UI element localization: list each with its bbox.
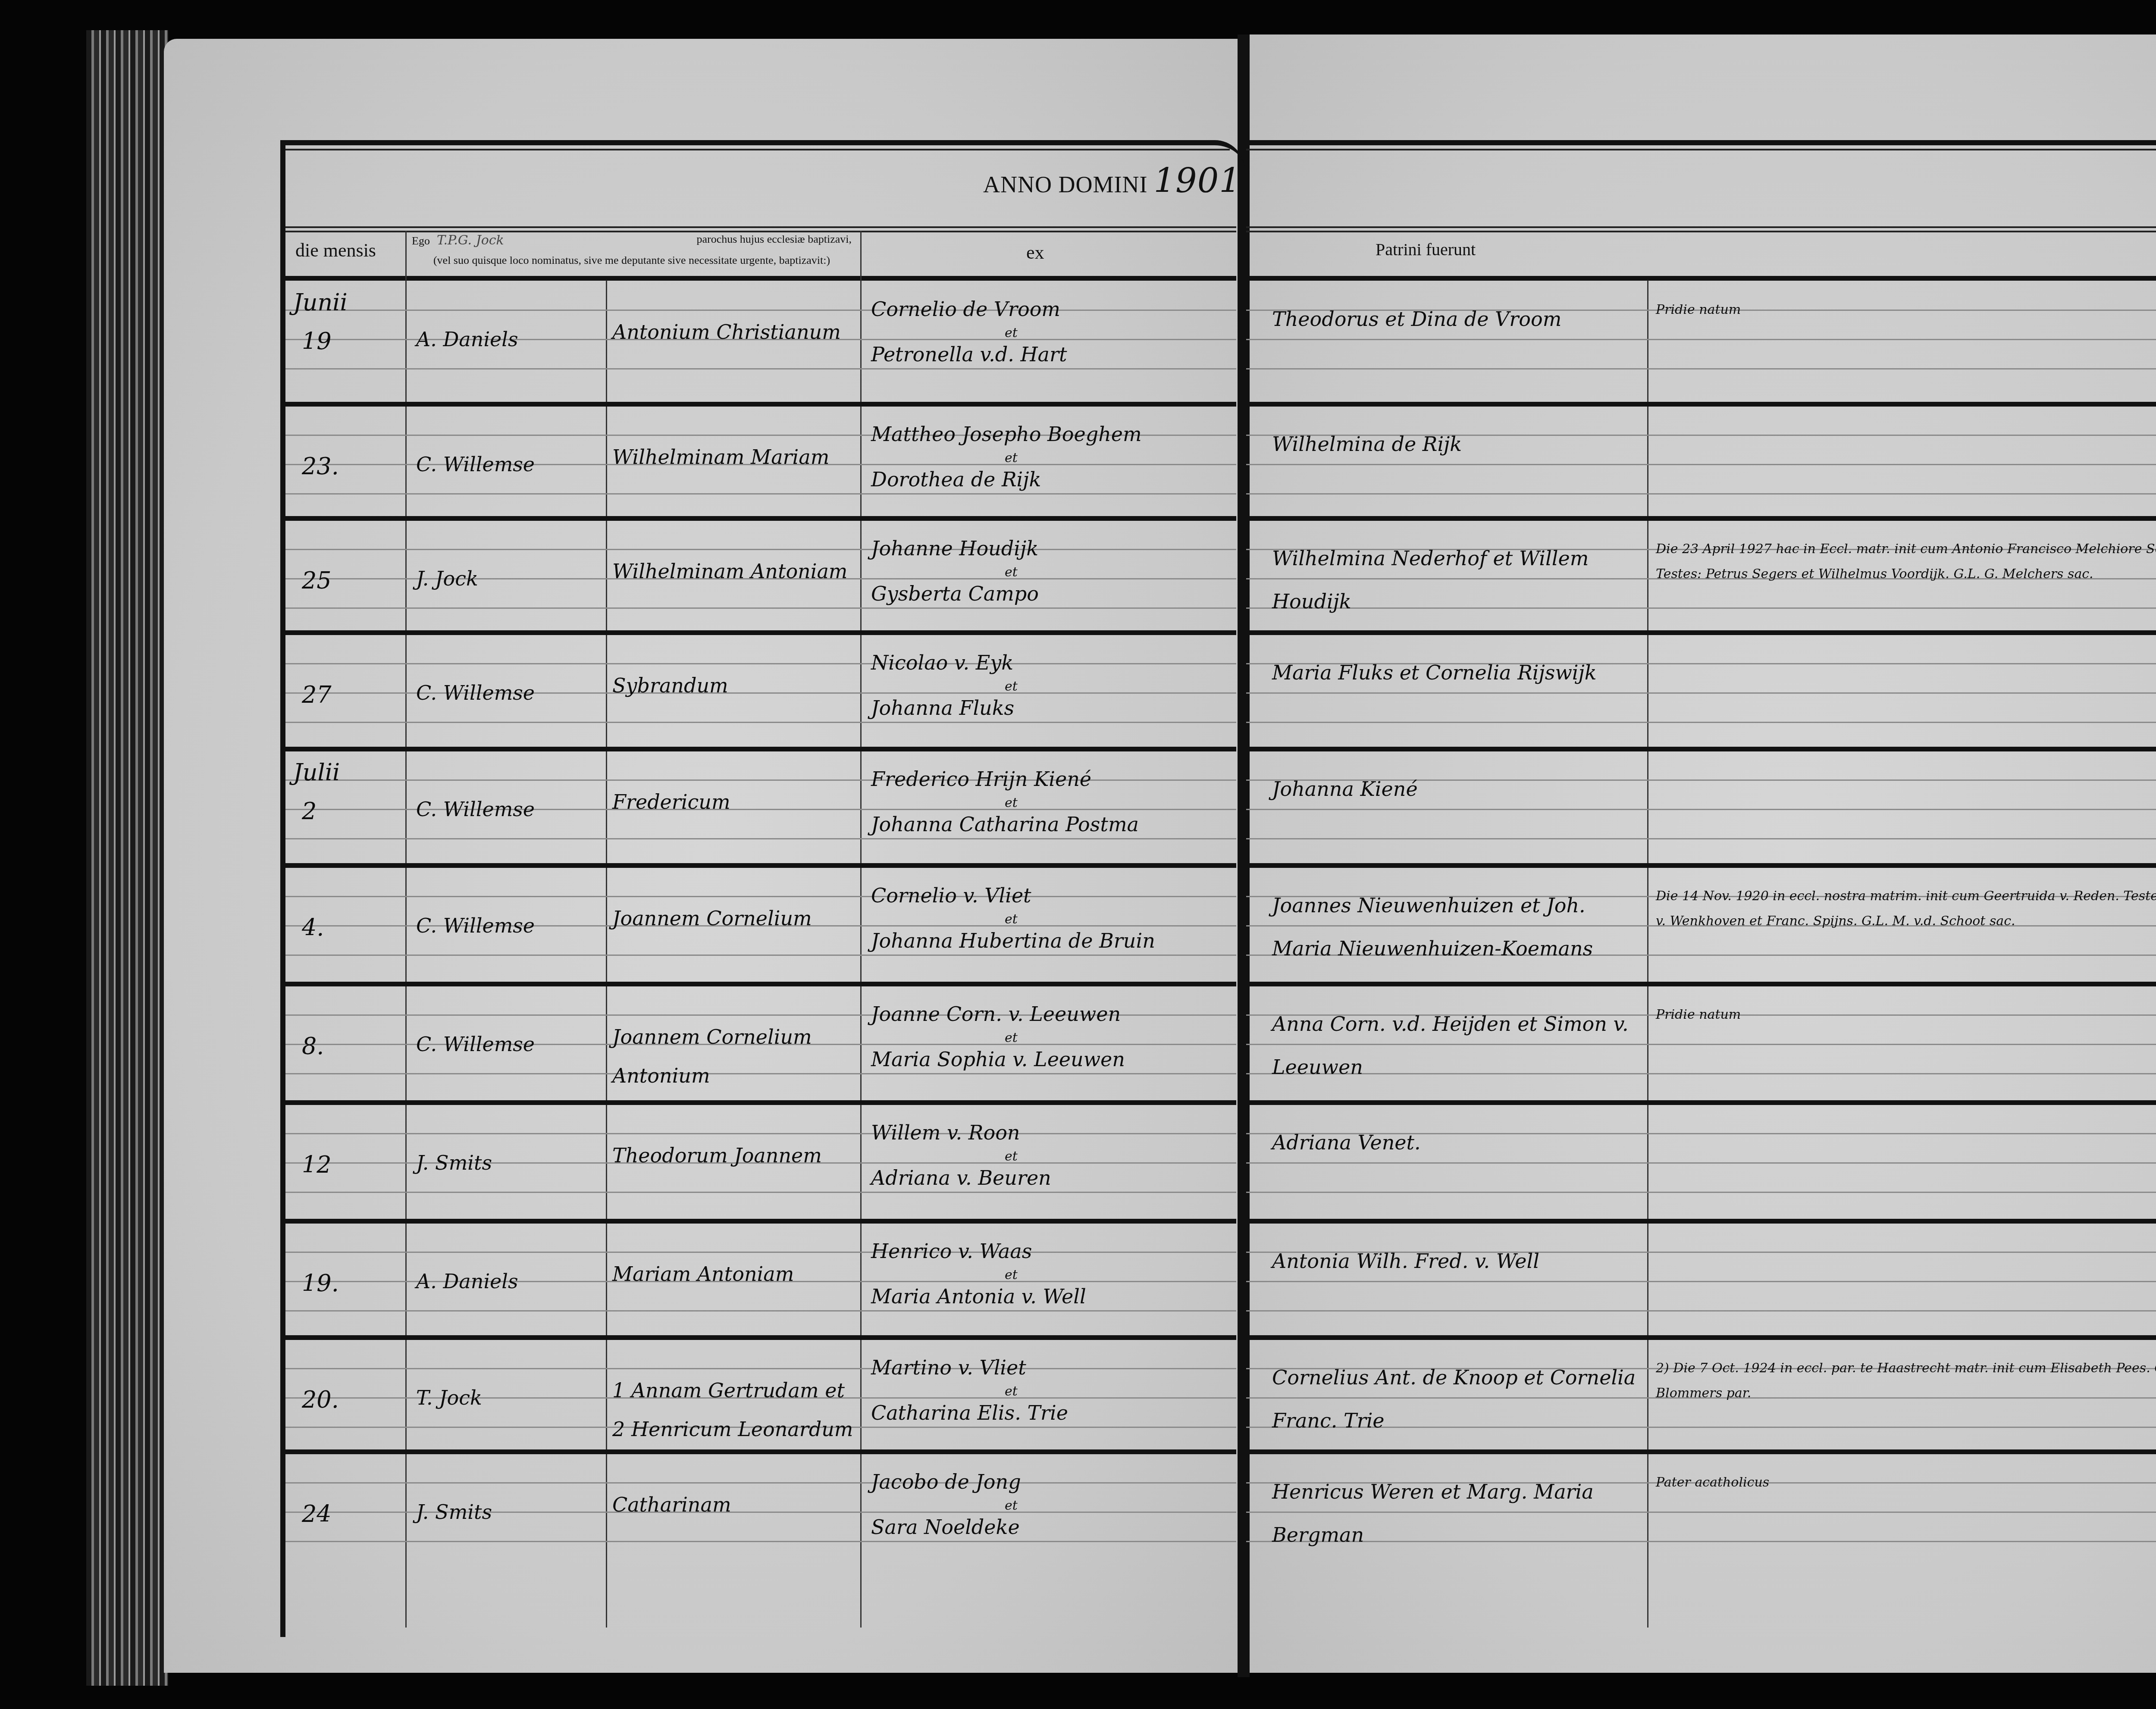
entry-baptizer: C. Willemse [416,681,535,704]
entry-day: 2 [302,798,317,825]
column-header-patrini: Patrini fuerunt [1376,239,1476,260]
ruled-line [1246,1310,2156,1311]
entry-et: et [1005,795,1018,811]
entry-day: 4. [302,914,324,941]
ruled-line [1246,722,2156,723]
entry-remarks: 2) Die 7 Oct. 1924 in eccl. par. te Haas… [1656,1356,2156,1406]
entry-day: 23. [302,453,339,480]
ego-name-handwritten: T.P.G. Jock [437,233,504,248]
entry-godparents: Adriana Venet. [1272,1121,1643,1164]
ruled-line [1246,1192,2156,1193]
entry-separator [285,1449,1236,1454]
entry-et: et [1005,1030,1018,1045]
entry-father: Joanne Corn. v. Leeuwen [871,1002,1121,1026]
entry-day: 12 [302,1151,332,1178]
ruled-line [285,549,1236,550]
entry-child-name: Catharinam [612,1485,858,1524]
entry-separator [285,1100,1236,1105]
entry-godparents: Henricus Weren et Marg. Maria Bergman [1272,1470,1643,1556]
entry-godparents: Cornelius Ant. de Knoop et Cornelia Fran… [1272,1356,1643,1442]
entry-mother: Dorothea de Rijk [871,468,1041,491]
ruled-line [285,722,1236,723]
ruled-line [285,1192,1236,1193]
ruled-line [285,1252,1236,1253]
year-handwritten: 1901 [1153,162,1241,200]
entry-et: et [1005,679,1018,694]
ruled-line [285,1133,1236,1134]
entry-separator [1246,516,2156,521]
entry-godparents: Maria Fluks et Cornelia Rijswijk [1272,651,1643,694]
entry-father: Henrico v. Waas [871,1239,1032,1263]
entry-child-name: Wilhelminam Mariam [612,438,858,476]
entry-child-name: Sybrandum [612,666,858,705]
entry-remarks: Die 23 April 1927 hac in Eccl. matr. ini… [1656,537,2156,587]
column-divider [606,280,607,1628]
column-divider [1647,280,1648,1628]
header-divider [285,226,1236,228]
ruled-line [285,779,1236,781]
entry-baptizer: C. Willemse [416,1033,535,1056]
entry-separator [1246,982,2156,986]
entry-mother: Adriana v. Beuren [871,1166,1051,1189]
entry-separator [1246,402,2156,407]
column-header-ex: ex [1026,241,1044,263]
ruled-line [285,310,1236,311]
ruled-line [285,955,1236,956]
entry-child-name: Wilhelminam Antoniam [612,552,858,591]
ruled-line [1246,493,2156,495]
header-rule [285,149,1230,150]
entry-father: Cornelio de Vroom [871,297,1060,321]
entry-remarks: Pridie natum [1656,1002,2156,1027]
column-divider [860,231,862,1628]
entry-separator [285,1219,1236,1224]
ego-prefix: Ego [412,235,430,247]
entry-godparents: Anna Corn. v.d. Heijden et Simon v. Leeu… [1272,1002,1643,1089]
ruled-line [285,663,1236,664]
entry-separator [1246,747,2156,751]
entry-father: Johanne Houdijk [871,537,1038,560]
book-edge-left [86,30,168,1686]
entry-mother: Maria Antonia v. Well [871,1285,1086,1308]
entry-godparents: Joannes Nieuwenhuizen et Joh. Maria Nieu… [1272,884,1643,970]
entry-day: 20. [302,1386,339,1413]
ruled-line [285,1310,1236,1311]
entry-mother: Sara Noeldeke [871,1515,1020,1539]
entry-separator [285,982,1236,986]
entry-child-name: 1 Annam Gertrudam et 2 Henricum Leonardu… [612,1371,858,1449]
entry-mother: Petronella v.d. Hart [871,343,1067,366]
entry-et: et [1005,1149,1018,1164]
entry-separator [285,516,1236,521]
entry-godparents: Theodorus et Dina de Vroom [1272,297,1643,341]
entry-child-name: Joannem Cornelium [612,899,858,938]
entry-et: et [1005,1268,1018,1283]
ruled-line [285,368,1236,369]
entry-godparents: Antonia Wilh. Fred. v. Well [1272,1239,1643,1283]
entry-et: et [1005,451,1018,466]
ruled-line [1246,368,2156,369]
entry-separator [1246,1449,2156,1454]
entry-child-name: Theodorum Joannem [612,1136,858,1175]
entry-baptizer: J. Jock [416,567,478,590]
column-header-bottom [285,276,1236,281]
ruled-line [285,896,1236,897]
entry-mother: Gysberta Campo [871,582,1039,605]
ruled-line [285,1541,1236,1542]
ruled-line [1246,838,2156,839]
header-rule [1246,149,2156,150]
ruled-line [285,1368,1236,1369]
entry-separator [285,1335,1236,1340]
entry-child-name: Fredericum [612,783,858,821]
entry-remarks: Die 14 Nov. 1920 in eccl. nostra matrim.… [1656,884,2156,934]
entry-mother: Maria Sophia v. Leeuwen [871,1048,1125,1071]
entry-baptizer: T. Jock [416,1386,482,1409]
header-divider [1246,226,2156,228]
entry-et: et [1005,912,1018,927]
entry-child-name: Joannem Cornelium Antonium [612,1017,858,1095]
entry-day: 27 [302,681,332,708]
entry-godparents: Wilhelmina de Rijk [1272,423,1643,466]
entry-day: 19. [302,1270,339,1297]
column-header-bottom [1246,276,2156,281]
entry-mother: Catharina Elis. Trie [871,1401,1068,1424]
entry-baptizer: A. Daniels [416,328,518,351]
entry-separator [285,402,1236,407]
entry-day: 8. [302,1033,324,1060]
entry-month: Julii [293,759,340,786]
anno-domini-heading: ANNO DOMINI1901 [983,162,1241,200]
ruled-line [285,1482,1236,1484]
entry-father: Nicolao v. Eyk [871,651,1013,674]
entry-father: Martino v. Vliet [871,1356,1026,1379]
ruled-line [285,493,1236,495]
ruled-line [285,607,1236,609]
entry-separator [1246,863,2156,868]
entry-month: Junii [293,289,348,316]
entry-godparents: Wilhelmina Nederhof et Willem Houdijk [1272,537,1643,623]
entry-baptizer: A. Daniels [416,1270,518,1293]
entry-baptizer: C. Willemse [416,914,535,937]
entry-separator [1246,1219,2156,1224]
ego-note: (vel suo quisque loco nominatus, sive me… [412,254,852,267]
entry-baptizer: C. Willemse [416,798,535,821]
entry-mother: Johanna Fluks [871,696,1014,720]
entry-baptizer: C. Willemse [416,453,535,476]
entry-separator [1246,1335,2156,1340]
anno-domini-label: ANNO DOMINI [983,172,1147,197]
entry-et: et [1005,326,1018,341]
header-divider [1246,231,2156,232]
entry-et: et [1005,565,1018,580]
entry-separator [1246,1100,2156,1105]
entry-baptizer: J. Smits [416,1151,492,1174]
entry-et: et [1005,1498,1018,1513]
header-divider [285,231,1236,232]
entry-father: Jacobo de Jong [871,1470,1021,1493]
entry-separator [285,630,1236,635]
entry-et: et [1005,1384,1018,1399]
entry-separator [285,747,1236,751]
entry-mother: Johanna Hubertina de Bruin [871,929,1155,952]
ego-suffix: parochus hujus ecclesiæ baptizavi, [696,233,852,248]
entry-child-name: Antonium Christianum [612,313,858,351]
entry-separator [1246,630,2156,635]
entry-day: 25 [302,567,332,594]
column-divider [405,231,407,1628]
entry-father: Willem v. Roon [871,1121,1020,1144]
entry-child-name: Mariam Antoniam [612,1255,858,1293]
entry-baptizer: J. Smits [416,1500,492,1524]
entry-father: Mattheo Josepho Boeghem [871,423,1142,446]
entry-father: Cornelio v. Vliet [871,884,1031,907]
ruled-line [285,838,1236,839]
entry-day: 19 [302,328,332,355]
entry-godparents: Johanna Kiené [1272,767,1643,811]
entry-separator [285,863,1236,868]
entry-father: Frederico Hrijn Kiené [871,767,1091,791]
entry-remarks: Pater acatholicus [1656,1470,2156,1495]
column-header-die-mensis: die mensis [295,239,376,261]
entry-mother: Johanna Catharina Postma [871,813,1139,836]
entry-remarks: Pridie natum [1656,297,2156,322]
column-header-ego: EgoT.P.G. Jock parochus hujus ecclesiæ b… [412,233,852,267]
entry-day: 24 [302,1500,332,1527]
